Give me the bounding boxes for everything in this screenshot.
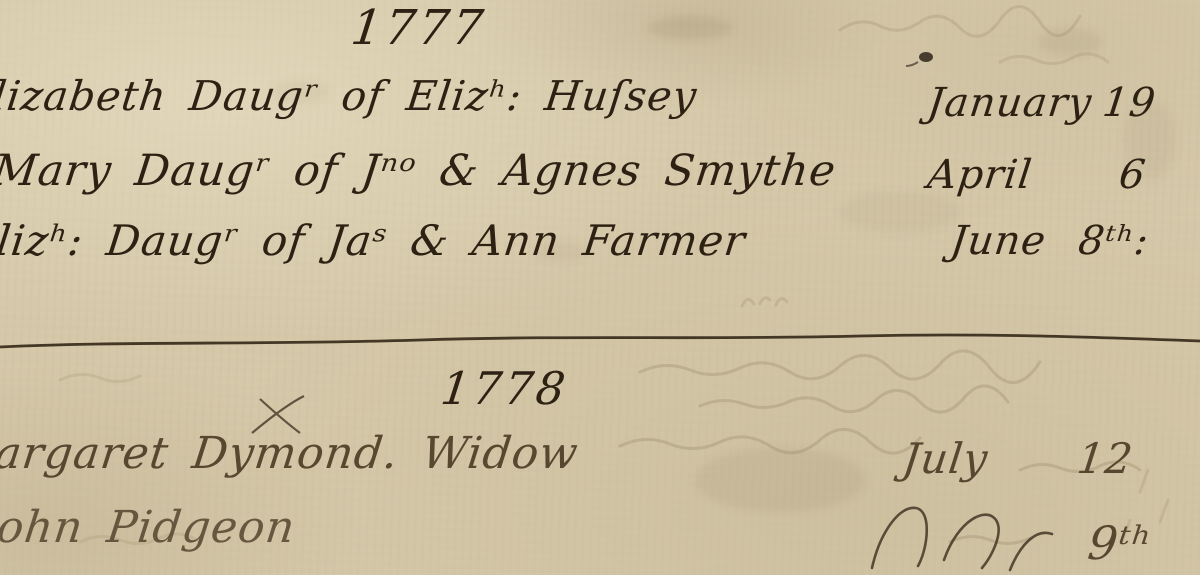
entry-name: lizabeth Daugʳ of Elizʰ: Huſsey xyxy=(0,72,700,120)
entry-date: July 12 xyxy=(900,434,1136,483)
year-heading-1778: 1778 xyxy=(438,362,571,415)
entry-day: 19 xyxy=(1100,80,1159,126)
entry-date: June 8ᵗʰ: xyxy=(948,218,1152,264)
entry-day: 6 xyxy=(1117,152,1149,198)
entry-month: July xyxy=(900,434,991,483)
entry-month: January xyxy=(925,80,1095,126)
entry-day-partial: 9ᵗʰ xyxy=(1085,516,1155,570)
entry-name: argaret Dymond. Widow xyxy=(0,428,581,479)
entry-name: ohn Pidgeon xyxy=(0,502,298,553)
entry-date: January 19 xyxy=(925,80,1159,126)
entry-name: Mary Daugʳ of Jⁿᵒ & Agnes Smythe xyxy=(0,146,839,196)
entry-day: 12 xyxy=(1075,434,1136,483)
year-heading-1777: 1777 xyxy=(348,0,489,56)
entry-name: lizʰ: Daugʳ of Jaˢ & Ann Farmer xyxy=(0,216,749,265)
entry-day: 8ᵗʰ: xyxy=(1076,218,1152,264)
entry-month: June xyxy=(948,218,1049,264)
entry-month: April xyxy=(925,152,1035,198)
entry-date: April 6 xyxy=(925,152,1149,198)
